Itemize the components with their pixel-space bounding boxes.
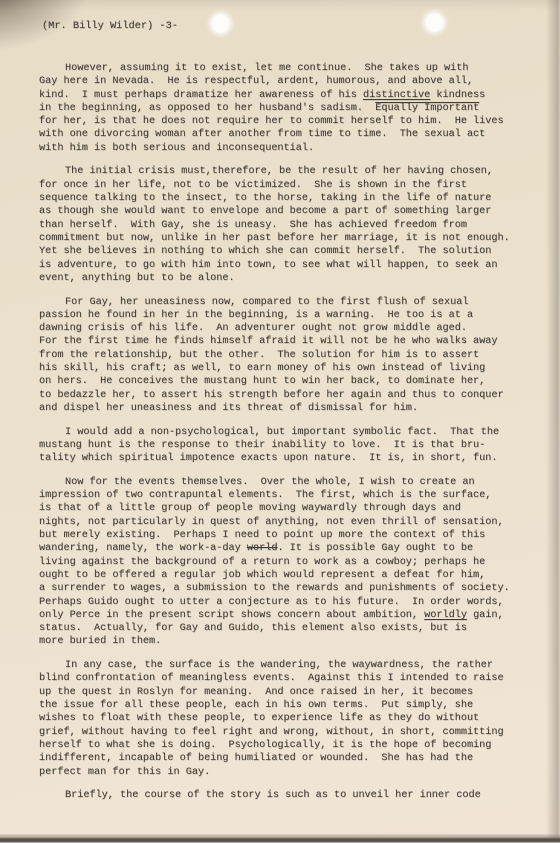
paragraph-6: In any case, the surface is the wanderin… <box>39 659 539 779</box>
strikethrough-world: world <box>247 543 278 554</box>
paragraph-3: For Gay, her uneasiness now, compared to… <box>39 296 539 416</box>
paragraph-text: I would add a non-psychological, but imp… <box>39 427 499 465</box>
document-body: However, assuming it to exist, let me co… <box>39 62 539 802</box>
paragraph-7: Briefly, the course of the story is such… <box>39 789 539 802</box>
paragraph-4: I would add a non-psychological, but imp… <box>39 426 539 466</box>
document-page: (Mr. Billy Wilder) -3- However, assuming… <box>0 0 560 843</box>
hole-punch-right-icon <box>424 12 445 33</box>
paragraph-text: Briefly, the course of the story is such… <box>65 790 481 801</box>
paragraph-1: However, assuming it to exist, let me co… <box>39 62 539 155</box>
emphasis-overline-equally-important: Equally Important <box>375 103 479 114</box>
paragraph-text: In any case, the surface is the wanderin… <box>39 660 504 777</box>
emphasis-underline-distinctive: distinctive <box>363 90 430 101</box>
hole-punch-left-icon <box>210 13 231 34</box>
paragraph-text: For Gay, her uneasiness now, compared to… <box>39 297 504 414</box>
paragraph-5: Now for the events themselves. Over the … <box>39 476 539 649</box>
page-header: (Mr. Billy Wilder) -3- <box>42 20 178 33</box>
emphasis-underline-worldly: worldly <box>424 610 467 621</box>
paragraph-2: The initial crisis must,therefore, be th… <box>39 165 539 285</box>
paragraph-text: The initial crisis must,therefore, be th… <box>39 166 510 283</box>
paragraph-text: for her, is that he does not require her… <box>39 116 504 154</box>
page-bottom-edge <box>0 834 560 843</box>
